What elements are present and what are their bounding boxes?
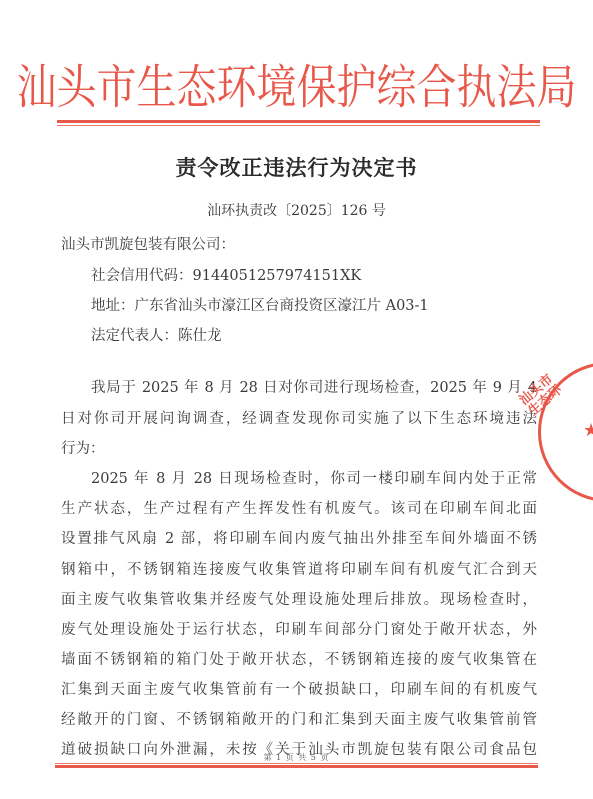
paragraph-2-line-3: 设置排气风扇 2 部，将印刷车间内废气抽出外排至车间外墙面不锈 (61, 529, 537, 549)
header-rule-thin (57, 125, 540, 126)
recipient-name: 汕头市凯旋包装有限公司： (61, 235, 235, 255)
paragraph-2-line-8: 汇集到天面主废气收集管前有一个破损缺口，印刷车间的有机废气 (61, 680, 537, 700)
document-number: 汕环执责改〔2025〕126 号 (0, 200, 593, 220)
legal-representative: 法定代表人：陈仕龙 (91, 326, 222, 346)
footer-rule-thick (55, 765, 538, 768)
paragraph-2-line-7: 墙面不锈钢箱的箱门处于敞开状态，不锈钢箱连接的废气收集管在 (61, 650, 537, 670)
paragraph-2-line-9: 经敞开的门窗、不锈钢箱敞开的门和汇集到天面主废气收集管前管 (61, 710, 537, 730)
address: 地址：广东省汕头市濠江区台商投资区濠江片 A03-1 (91, 296, 429, 316)
paragraph-2-line-6: 废气处理设施处于运行状态，印刷车间部分门窗处于敞开状态，外 (61, 620, 537, 640)
paragraph-2-line-1: 2025 年 8 月 28 日现场检查时，你司一楼印刷车间内处于正常 (91, 469, 537, 489)
organization-header: 汕头市生态环境保护综合执法局 (0, 60, 593, 117)
credit-code: 社会信用代码：9144051257974151XK (91, 266, 361, 286)
paragraph-1-line-3: 行为： (61, 439, 105, 459)
document-title: 责令改正违法行为决定书 (0, 152, 593, 182)
page-indicator: 第 1 页 共 5 页 (0, 752, 593, 763)
footer-rule-thin (55, 763, 538, 764)
stamp-star-icon: ★ (583, 420, 593, 441)
paragraph-2-line-5: 面主废气收集管收集并经废气处理设施处理后排放。现场检查时， (61, 590, 537, 610)
paragraph-2-line-4: 钢箱中，不锈钢箱连接废气收集管道将印刷车间有机废气汇合到天 (61, 560, 537, 580)
paragraph-2-line-2: 生产状态，生产过程有产生挥发性有机废气。该司在印刷车间北面 (61, 499, 537, 519)
paragraph-1-line-2: 日对你司开展问询调查，经调查发现你司实施了以下生态环境违法 (61, 409, 537, 429)
header-rule-thick (57, 120, 540, 123)
paragraph-1-line-1: 我局于 2025 年 8 月 28 日对你司进行现场检查，2025 年 9 月 … (91, 378, 537, 398)
